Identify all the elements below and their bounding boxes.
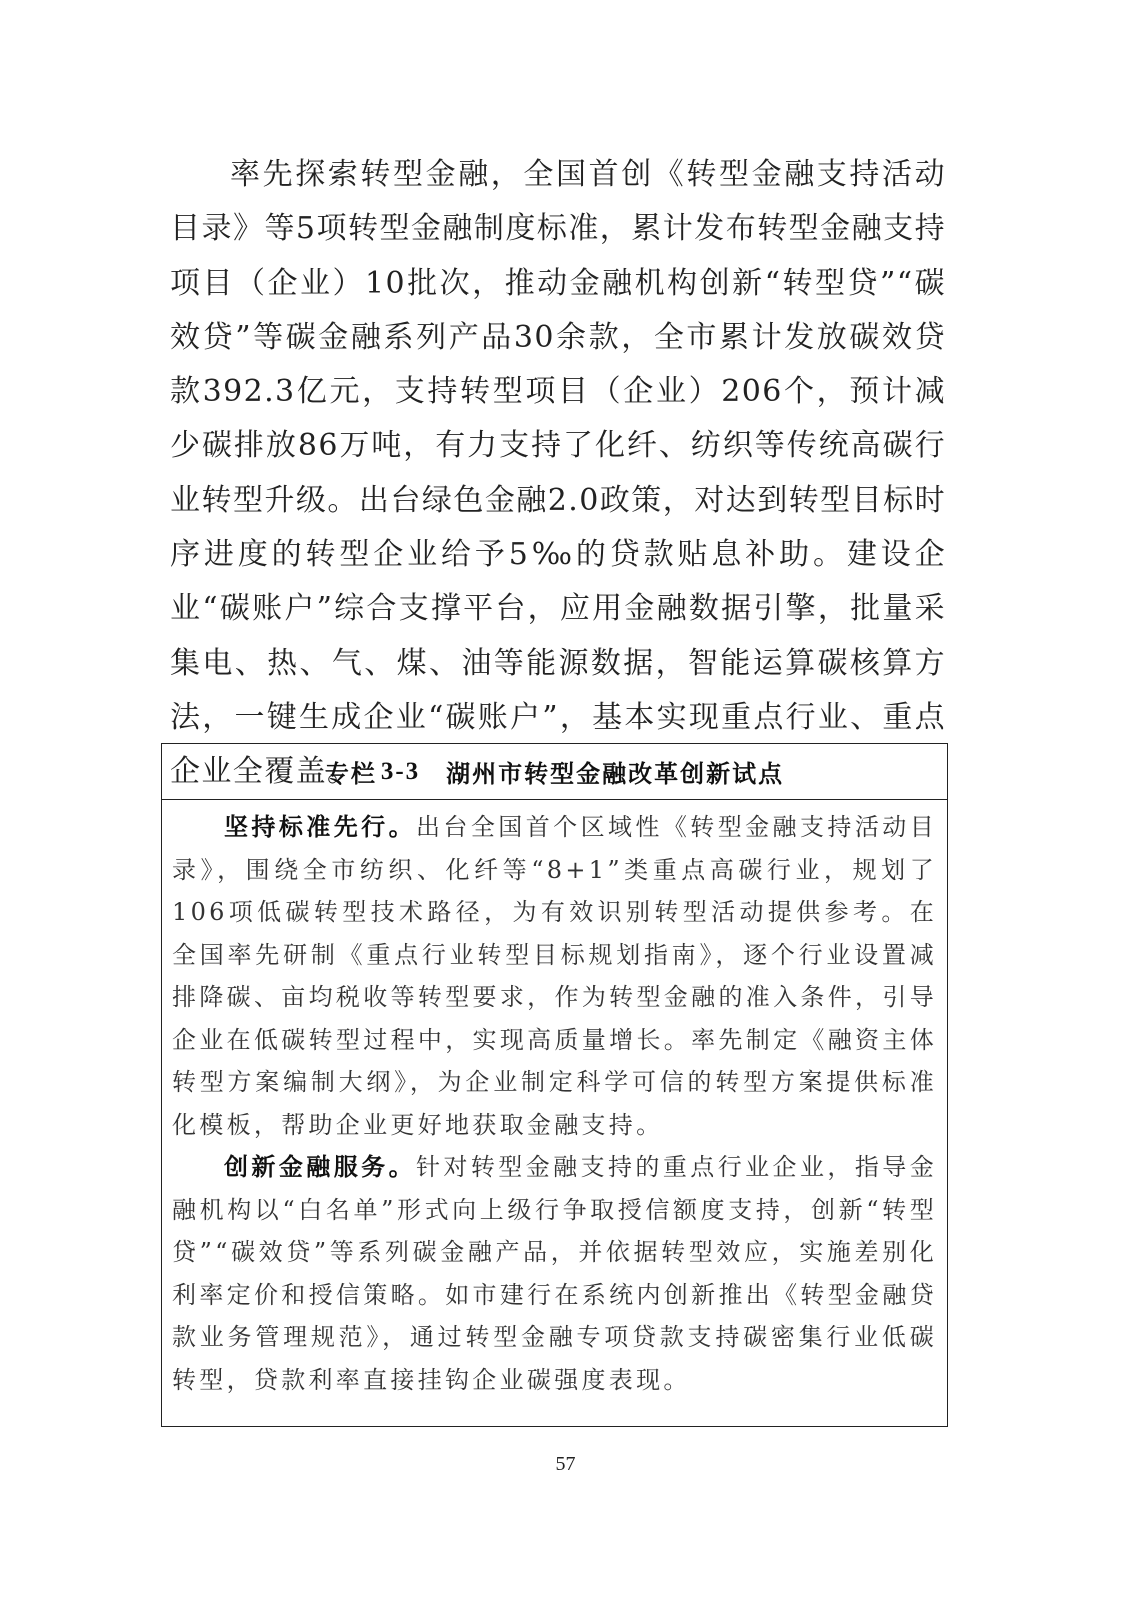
box-body: 坚持标准先行。出台全国首个区域性《转型金融支持活动目录》，围绕全市纺织、化纤等“…	[162, 800, 947, 1401]
box-header: 专栏 3-3 湖州市转型金融改革创新试点	[162, 744, 947, 800]
paragraph-lead: 创新金融服务。	[224, 1152, 416, 1181]
body-paragraph: 率先探索转型金融，全国首创《转型金融支持活动目录》等5项转型金融制度标准，累计发…	[170, 148, 946, 800]
page-number: 57	[0, 1453, 1131, 1476]
paragraph-text: 针对转型金融支持的重点行业企业，指导金融机构以“白名单”形式向上级行争取授信额度…	[172, 1153, 937, 1394]
paragraph-lead: 坚持标准先行。	[224, 812, 416, 841]
paragraph-text: 出台全国首个区域性《转型金融支持活动目录》，围绕全市纺织、化纤等“8+1”类重点…	[172, 813, 937, 1139]
box-paragraph: 创新金融服务。针对转型金融支持的重点行业企业，指导金融机构以“白名单”形式向上级…	[172, 1146, 937, 1401]
box-number: 3-3	[381, 758, 420, 786]
box-paragraph: 坚持标准先行。出台全国首个区域性《转型金融支持活动目录》，围绕全市纺织、化纤等“…	[172, 806, 937, 1146]
box-title: 湖州市转型金融改革创新试点	[446, 754, 784, 789]
box-label: 专栏	[325, 754, 377, 789]
sidebar-box: 专栏 3-3 湖州市转型金融改革创新试点 坚持标准先行。出台全国首个区域性《转型…	[161, 743, 948, 1427]
document-page: 率先探索转型金融，全国首创《转型金融支持活动目录》等5项转型金融制度标准，累计发…	[0, 0, 1131, 1600]
